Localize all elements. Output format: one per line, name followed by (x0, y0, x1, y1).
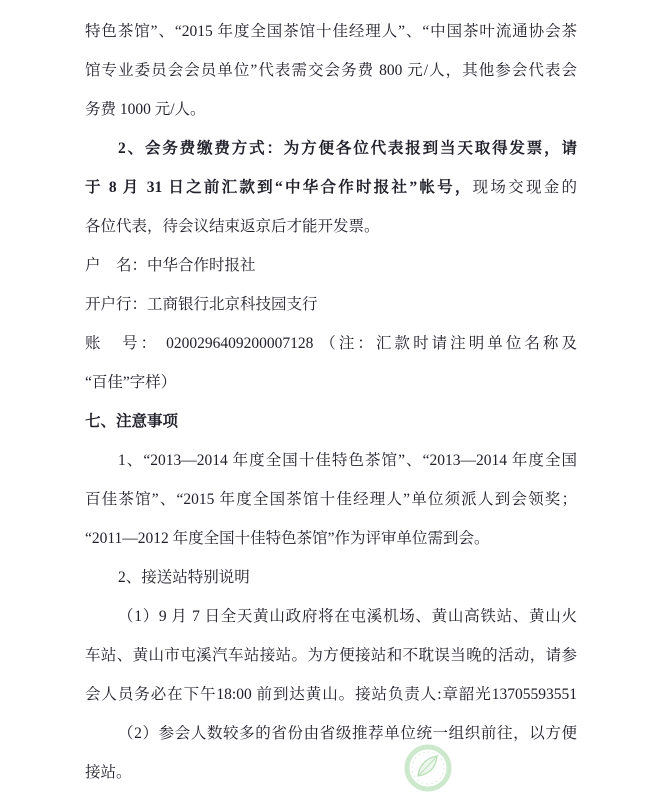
text-line: （2）参会人数较多的省份由省级推荐单位统一组织前往，以方便 (85, 714, 577, 753)
text-line: 百佳茶馆”、“2015 年度全国茶馆十佳经理人”单位须派人到会领奖； (85, 480, 577, 519)
text-segment: 馆专业委员会会员单位”代表需交会务费 800 元/人，其他参会代表会 (85, 62, 577, 79)
text-segment: （2）参会人数较多的省份由省级推荐单位统一组织前往，以方便 (118, 725, 577, 742)
text-line: 开户行：工商银行北京科技园支行 (85, 285, 577, 324)
text-line: 1、“2013—2014 年度全国十佳特色茶馆”、“2013—2014 年度全国 (85, 441, 577, 480)
text-line: “2011—2012 年度全国十佳特色茶馆”作为评审单位需到会。 (85, 519, 577, 558)
text-line: 车站、黄山市屯溪汽车站接站。为方便接站和不耽误当晚的活动，请参 (85, 636, 577, 675)
text-segment: 各位代表，待会议结束返京后才能开发票。 (85, 218, 380, 235)
bold-text-segment: 于 8 月 31 日之前汇款到“中华合作时报社”帐号， (85, 179, 473, 196)
text-line: 2、会务费缴费方式：为方便各位代表报到当天取得发票，请 (85, 129, 577, 168)
text-segment: “百佳”字样） (85, 374, 176, 391)
text-segment: 务费 1000 元/人。 (85, 101, 206, 118)
text-segment: （1）9 月 7 日全天黄山政府将在屯溪机场、黄山高铁站、黄山火 (118, 608, 577, 625)
bold-text-segment: 七、注意事项 (85, 413, 178, 430)
text-line: 馆专业委员会会员单位”代表需交会务费 800 元/人，其他参会代表会 (85, 51, 577, 90)
text-segment: 接站。 (85, 764, 132, 781)
text-line: 账 号： 0200296409200007128 （注：汇款时请注明单位名称及 (85, 324, 577, 363)
text-line: 2、接送站特别说明 (85, 558, 577, 597)
text-segment: 现场交现金的 (473, 179, 577, 196)
document-page: 特色茶馆”、“2015 年度全国茶馆十佳经理人”、“中国茶叶流通协会茶馆专业委员… (0, 0, 664, 807)
text-line: 七、注意事项 (85, 402, 577, 441)
text-line: 各位代表，待会议结束返京后才能开发票。 (85, 207, 577, 246)
bold-text-segment: 2、会务费缴费方式：为方便各位代表报到当天取得发票，请 (118, 140, 577, 157)
text-segment: 1、“2013—2014 年度全国十佳特色茶馆”、“2013—2014 年度全国 (118, 452, 577, 469)
text-segment: 2、接送站特别说明 (118, 569, 250, 586)
text-line: （1）9 月 7 日全天黄山政府将在屯溪机场、黄山高铁站、黄山火 (85, 597, 577, 636)
text-line: 户 名：中华合作时报社 (85, 246, 577, 285)
text-segment: 特色茶馆”、“2015 年度全国茶馆十佳经理人”、“中国茶叶流通协会茶 (85, 23, 577, 40)
text-line: 接站。 (85, 753, 577, 792)
document-content: 特色茶馆”、“2015 年度全国茶馆十佳经理人”、“中国茶叶流通协会茶馆专业委员… (85, 12, 577, 792)
text-segment: “2011—2012 年度全国十佳特色茶馆”作为评审单位需到会。 (85, 530, 490, 547)
text-segment: 百佳茶馆”、“2015 年度全国茶馆十佳经理人”单位须派人到会领奖； (85, 491, 577, 508)
text-segment: 账 号： 0200296409200007128 （注：汇款时请注明单位名称及 (85, 335, 577, 352)
text-line: 于 8 月 31 日之前汇款到“中华合作时报社”帐号，现场交现金的 (85, 168, 577, 207)
text-line: “百佳”字样） (85, 363, 577, 402)
text-line: 会人员务必在下午18:00 前到达黄山。接站负责人:章韶光13705593551 (85, 675, 577, 714)
text-segment: 开户行：工商银行北京科技园支行 (85, 296, 318, 313)
text-segment: 户 名：中华合作时报社 (85, 257, 256, 274)
text-line: 务费 1000 元/人。 (85, 90, 577, 129)
text-segment: 车站、黄山市屯溪汽车站接站。为方便接站和不耽误当晚的活动，请参 (85, 647, 577, 664)
text-line: 特色茶馆”、“2015 年度全国茶馆十佳经理人”、“中国茶叶流通协会茶 (85, 12, 577, 51)
text-segment: 会人员务必在下午18:00 前到达黄山。接站负责人:章韶光13705593551 (85, 686, 577, 703)
